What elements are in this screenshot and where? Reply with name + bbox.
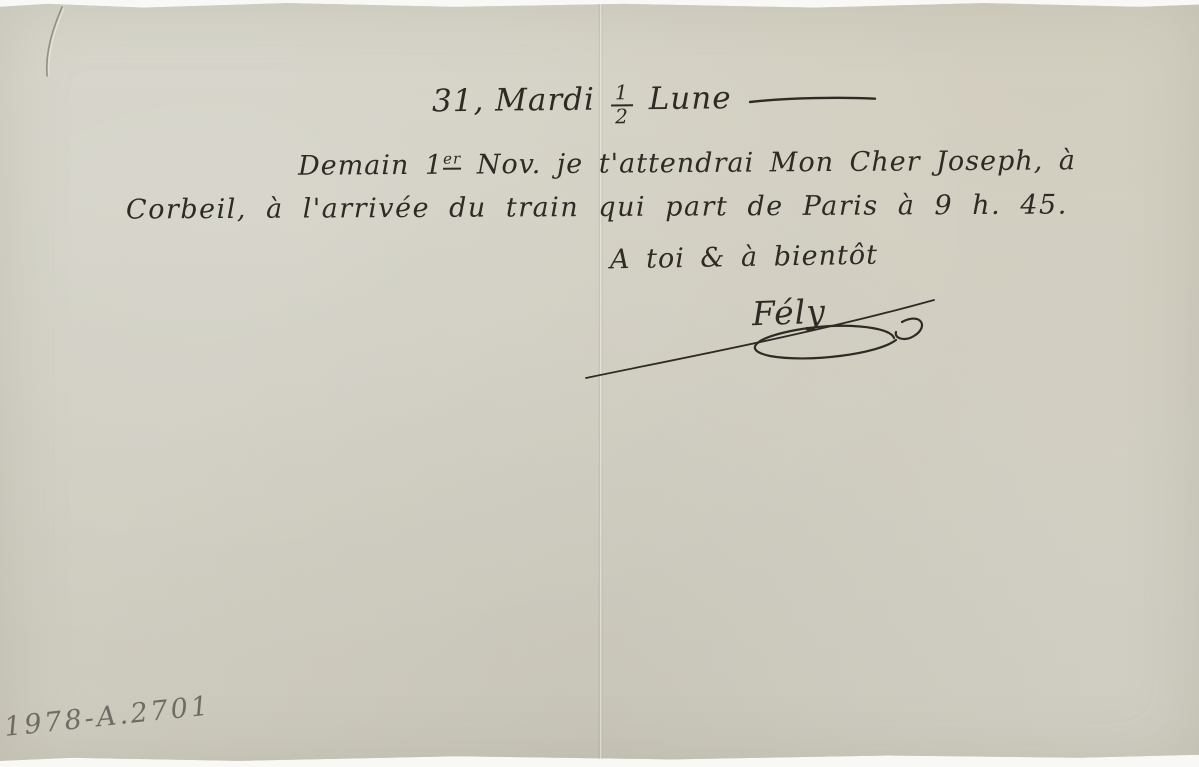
letter-scan: 31, Mardi 1 2 Lune Demain 1er Nov. je t'…: [0, 0, 1199, 767]
body-line-2: Corbeil, à l'arrivée du train qui part d…: [126, 190, 1068, 226]
paper-tear: [0, 0, 110, 110]
signature-flourish: [572, 288, 952, 388]
date-prefix: 31, Mardi: [432, 81, 595, 119]
closing-line: A toi & à bientôt: [610, 240, 878, 276]
body-line-1-pre: Demain 1: [298, 150, 443, 182]
heading-flourish-line: [748, 90, 878, 107]
fraction-denominator: 2: [615, 106, 629, 127]
date-suffix: Lune: [649, 80, 732, 117]
body-line-1: Demain 1er Nov. je t'attendrai Mon Cher …: [298, 145, 1076, 181]
fraction-numerator: 1: [611, 82, 633, 106]
ordinal-superscript: er: [443, 150, 461, 170]
half-fraction: 1 2: [611, 82, 633, 127]
date-line: 31, Mardi 1 2 Lune: [432, 74, 878, 124]
body-line-1-post: Nov. je t'attendrai Mon Cher Joseph, à: [461, 145, 1076, 180]
